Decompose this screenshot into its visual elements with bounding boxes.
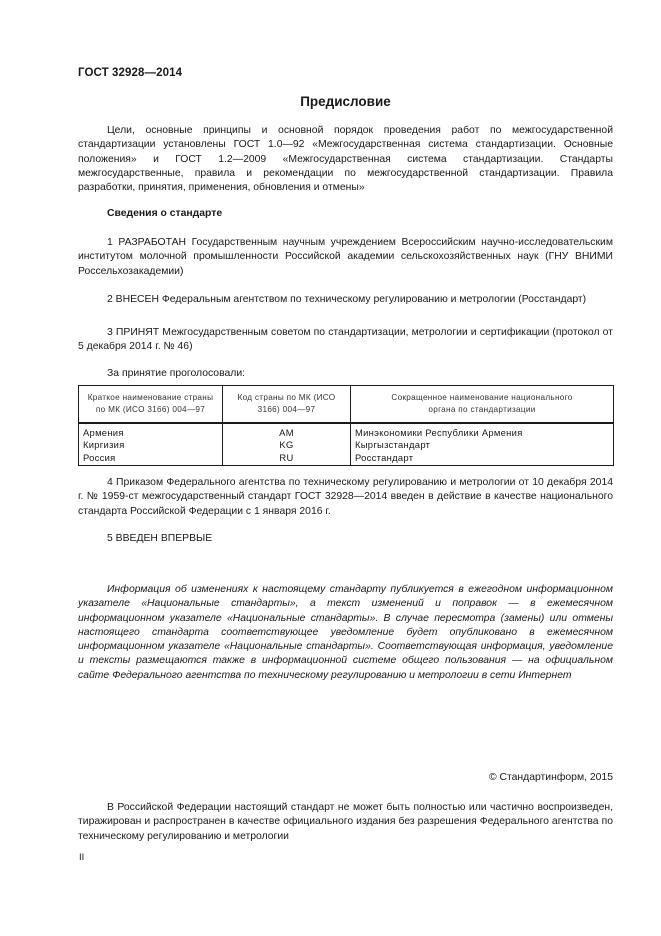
document-id-header: ГОСТ 32928—2014: [78, 67, 182, 79]
item-2-submitted: 2 ВНЕСЕН Федеральным агентством по техни…: [78, 293, 613, 307]
vote-intro: За принятие проголосовали:: [78, 367, 613, 381]
cell-country: Армения: [79, 423, 223, 439]
item-keyword: ВВЕДЕН ВПЕРВЫЕ: [116, 533, 212, 544]
info-notice: Информация об изменениях к настоящему ст…: [78, 583, 613, 683]
table-row: Россия RU Росстандарт: [79, 452, 614, 466]
cell-code: KG: [223, 439, 351, 451]
cell-code: RU: [223, 452, 351, 466]
item-4-order: 4 Приказом Федерального агентства по тех…: [78, 476, 613, 519]
item-1-developed: 1 РАЗРАБОТАН Государственным научным учр…: [78, 236, 613, 279]
item-number: 3: [107, 327, 113, 338]
cell-country: Россия: [79, 452, 223, 466]
table-row: Армения AM Минэкономики Республики Армен…: [79, 423, 614, 439]
cell-authority: Кыргызстандарт: [351, 439, 614, 451]
item-keyword: ВНЕСЕН: [116, 294, 159, 305]
item-number: 5: [107, 533, 113, 544]
item-5-introduced: 5 ВВЕДЕН ВПЕРВЫЕ: [78, 532, 613, 546]
cell-authority: Минэкономики Республики Армения: [351, 423, 614, 439]
cell-code: AM: [223, 423, 351, 439]
item-keyword: РАЗРАБОТАН: [118, 237, 186, 248]
reproduction-notice: В Российской Федерации настоящий стандар…: [78, 801, 613, 844]
cell-authority: Росстандарт: [351, 452, 614, 466]
item-number: 2: [107, 294, 113, 305]
copyright: © Стандартинформ, 2015: [489, 772, 613, 783]
cell-country: Киргизия: [79, 439, 223, 451]
table-row: Киргизия KG Кыргызстандарт: [79, 439, 614, 451]
item-number: 1: [107, 237, 113, 248]
vote-table: Краткое наименование страны по МК (ИСО 3…: [78, 385, 614, 466]
item-keyword: ПРИНЯТ: [116, 327, 159, 338]
section-heading: Сведения о стандарте: [78, 207, 613, 221]
intro-paragraph: Цели, основные принципы и основной поряд…: [78, 124, 613, 195]
item-keyword: Приказом: [116, 477, 163, 488]
column-header-authority: Сокращенное наименование национального о…: [351, 386, 614, 424]
column-header-country: Краткое наименование страны по МК (ИСО 3…: [79, 386, 223, 424]
page-number: II: [79, 852, 84, 863]
item-text: Межгосударственным советом по стандартиз…: [78, 327, 613, 352]
item-3-adopted: 3 ПРИНЯТ Межгосударственным советом по с…: [78, 326, 613, 355]
vote-table-header-row: Краткое наименование страны по МК (ИСО 3…: [79, 386, 614, 424]
column-header-code: Код страны по МК (ИСО 3166) 004—97: [223, 386, 351, 424]
page-title: Предисловие: [0, 94, 661, 109]
item-number: 4: [107, 477, 113, 488]
item-text: Федеральным агентством по техническому р…: [162, 294, 586, 305]
